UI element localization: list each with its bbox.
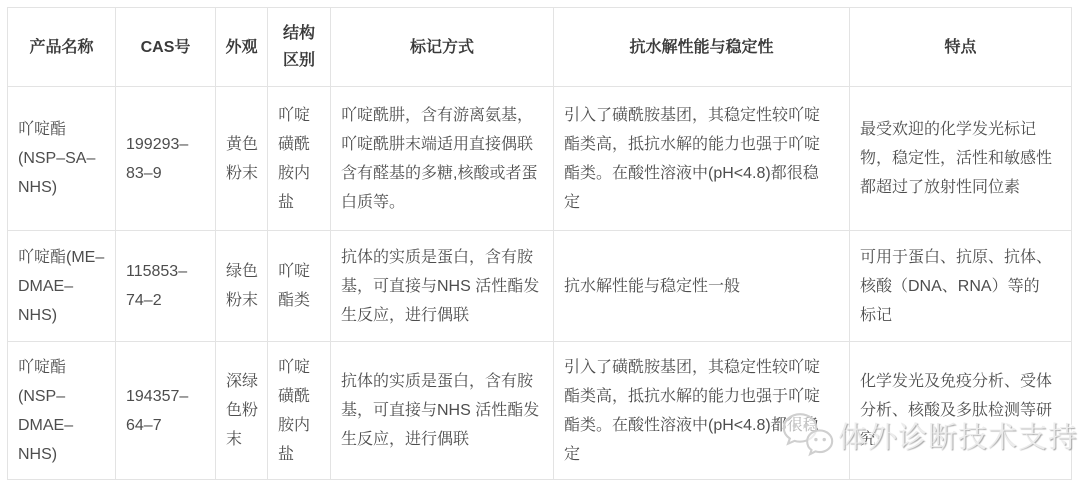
cell-cas-number: 194357– 64–7: [116, 342, 216, 480]
cell-product-name: 吖啶酯 (NSP–SA– NHS): [8, 87, 116, 231]
cell-appearance: 黄色 粉末: [216, 87, 268, 231]
cell-labeling-method: 抗体的实质是蛋白，含有胺 基，可直接与NHS 活性酯发 生反应，进行偶联: [331, 231, 554, 342]
header-features: 特点: [850, 8, 1072, 87]
cell-appearance: 绿色 粉末: [216, 231, 268, 342]
header-cas-number: CAS号: [116, 8, 216, 87]
cell-product-name: 吖啶酯 (NSP– DMAE– NHS): [8, 342, 116, 480]
cell-hydrolysis-stability: 引入了磺酰胺基团，其稳定性较吖啶 酯类高，抵抗水解的能力也强于吖啶 酯类。在酸性…: [554, 87, 850, 231]
cell-features: 最受欢迎的化学发光标记 物，稳定性，活性和敏感性 都超过了放射性同位素: [850, 87, 1072, 231]
cell-cas-number: 199293– 83–9: [116, 87, 216, 231]
table-row: 吖啶酯(ME– DMAE– NHS) 115853– 74–2 绿色 粉末 吖啶…: [8, 231, 1072, 342]
cell-labeling-method: 吖啶酰肼，含有游离氨基， 吖啶酰肼末端适用直接偶联 含有醛基的多糖,核酸或者蛋 …: [331, 87, 554, 231]
header-labeling-method: 标记方式: [331, 8, 554, 87]
header-structure-difference: 结构 区别: [268, 8, 331, 87]
cell-appearance: 深绿 色粉 末: [216, 342, 268, 480]
cell-labeling-method: 抗体的实质是蛋白，含有胺 基，可直接与NHS 活性酯发 生反应，进行偶联: [331, 342, 554, 480]
header-hydrolysis-stability: 抗水解性能与稳定性: [554, 8, 850, 87]
page: 产品名称 CAS号 外观 结构 区别 标记方式 抗水解性能与稳定性 特点 吖啶酯…: [0, 0, 1080, 490]
cell-hydrolysis-stability: 抗水解性能与稳定性一般: [554, 231, 850, 342]
cell-features: 可用于蛋白、抗原、抗体、 核酸（DNA、RNA）等的 标记: [850, 231, 1072, 342]
cell-structure: 吖啶 磺酰 胺内 盐: [268, 342, 331, 480]
cell-product-name: 吖啶酯(ME– DMAE– NHS): [8, 231, 116, 342]
cell-hydrolysis-stability: 引入了磺酰胺基团，其稳定性较吖啶 酯类高，抵抗水解的能力也强于吖啶 酯类。在酸性…: [554, 342, 850, 480]
cell-features: 化学发光及免疫分析、受体 分析、核酸及多肽检测等研 究: [850, 342, 1072, 480]
product-comparison-table: 产品名称 CAS号 外观 结构 区别 标记方式 抗水解性能与稳定性 特点 吖啶酯…: [7, 7, 1072, 480]
cell-cas-number: 115853– 74–2: [116, 231, 216, 342]
cell-structure: 吖啶 磺酰 胺内 盐: [268, 87, 331, 231]
cell-structure: 吖啶 酯类: [268, 231, 331, 342]
table-row: 吖啶酯 (NSP–SA– NHS) 199293– 83–9 黄色 粉末 吖啶 …: [8, 87, 1072, 231]
header-product-name: 产品名称: [8, 8, 116, 87]
table-row: 吖啶酯 (NSP– DMAE– NHS) 194357– 64–7 深绿 色粉 …: [8, 342, 1072, 480]
table-header-row: 产品名称 CAS号 外观 结构 区别 标记方式 抗水解性能与稳定性 特点: [8, 8, 1072, 87]
header-appearance: 外观: [216, 8, 268, 87]
